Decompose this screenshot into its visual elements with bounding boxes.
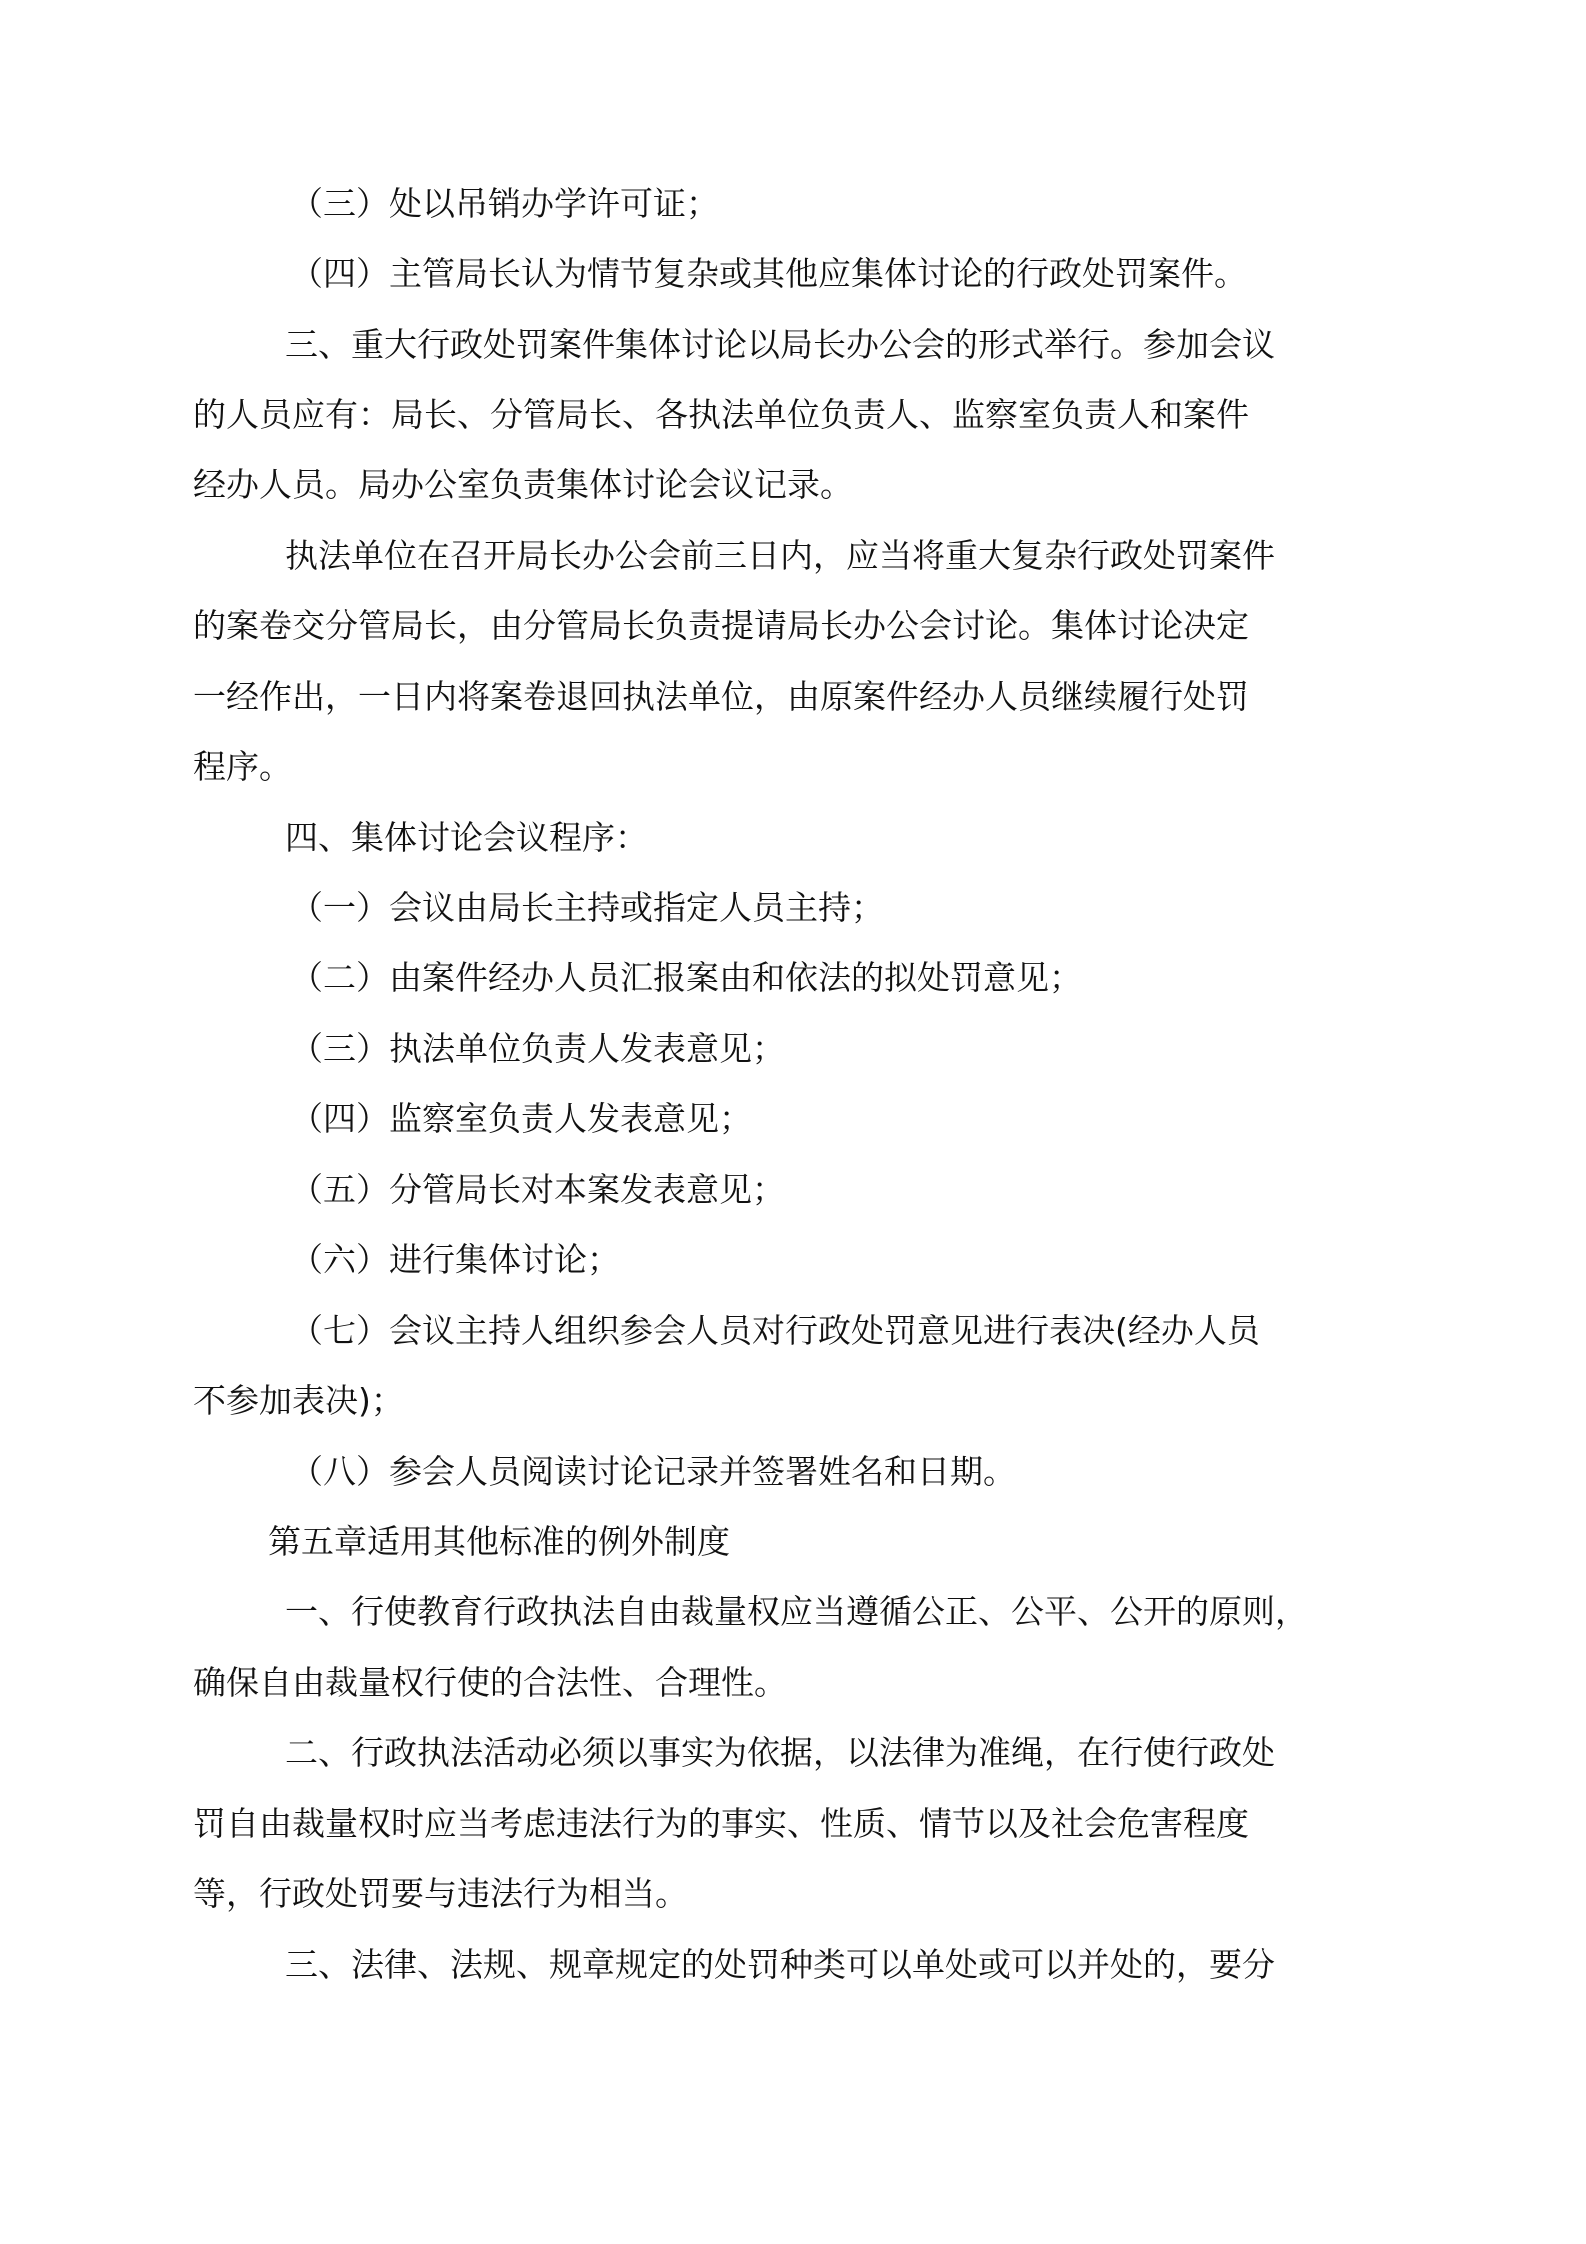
list-item-procedure-8: （八）参会人员阅读讨论记录并签署姓名和日期。	[290, 1452, 1016, 1492]
list-item-procedure-5: （五）分管局长对本案发表意见；	[290, 1170, 785, 1210]
list-item-procedure-2: （二）由案件经办人员汇报案由和依法的拟处罚意见；	[290, 958, 1082, 998]
text-line-item-4-complex-cases: （四）主管局长认为情节复杂或其他应集体讨论的行政处罚案件。	[290, 254, 1247, 294]
list-item-procedure-4: （四）监察室负责人发表意见；	[290, 1099, 752, 1139]
text-line-section-3-meeting: 三、重大行政处罚案件集体讨论以局长办公会的形式举行。参加会议	[285, 325, 1275, 365]
text-line-section-3-records: 经办人员。局办公室负责集体讨论会议记录。	[193, 465, 853, 505]
text-line-principle-2-cont: 罚自由裁量权时应当考虑违法行为的事实、性质、情节以及社会危害程度	[193, 1804, 1249, 1844]
text-line-submission-deadline: 执法单位在召开局长办公会前三日内，应当将重大复杂行政处罚案件	[285, 536, 1275, 576]
text-line-submission-end: 程序。	[193, 747, 292, 787]
list-item-procedure-1: （一）会议由局长主持或指定人员主持；	[290, 888, 884, 928]
text-line-principle-1-cont: 确保自由裁量权行使的合法性、合理性。	[193, 1663, 787, 1703]
list-item-procedure-7-cont: 不参加表决)；	[193, 1381, 404, 1421]
list-item-procedure-7: （七）会议主持人组织参会人员对行政处罚意见进行表决(经办人员	[290, 1311, 1260, 1351]
text-line-principle-2: 二、行政执法活动必须以事实为依据，以法律为准绳，在行使行政处	[285, 1733, 1275, 1773]
text-line-submission-review: 的案卷交分管局长，由分管局长负责提请局长办公会讨论。集体讨论决定	[193, 606, 1249, 646]
text-line-principle-1: 一、行使教育行政执法自由裁量权应当遵循公正、公平、公开的原则，	[285, 1592, 1308, 1632]
document-page: （三）处以吊销办学许可证； （四）主管局长认为情节复杂或其他应集体讨论的行政处罚…	[0, 0, 1586, 2244]
text-line-principle-2-end: 等，行政处罚要与违法行为相当。	[193, 1874, 688, 1914]
text-line-principle-3: 三、法律、法规、规章规定的处罚种类可以单处或可以并处的，要分	[285, 1945, 1275, 1985]
chapter-heading-5: 第五章适用其他标准的例外制度	[268, 1522, 730, 1562]
text-line-section-3-participants: 的人员应有：局长、分管局长、各执法单位负责人、监察室负责人和案件	[193, 395, 1249, 435]
list-item-procedure-3: （三）执法单位负责人发表意见；	[290, 1029, 785, 1069]
text-line-item-3-revoke-license: （三）处以吊销办学许可证；	[290, 184, 719, 224]
section-heading-4-procedure: 四、集体讨论会议程序：	[285, 818, 648, 858]
list-item-procedure-6: （六）进行集体讨论；	[290, 1240, 620, 1280]
text-line-submission-return: 一经作出，一日内将案卷退回执法单位，由原案件经办人员继续履行处罚	[193, 677, 1249, 717]
